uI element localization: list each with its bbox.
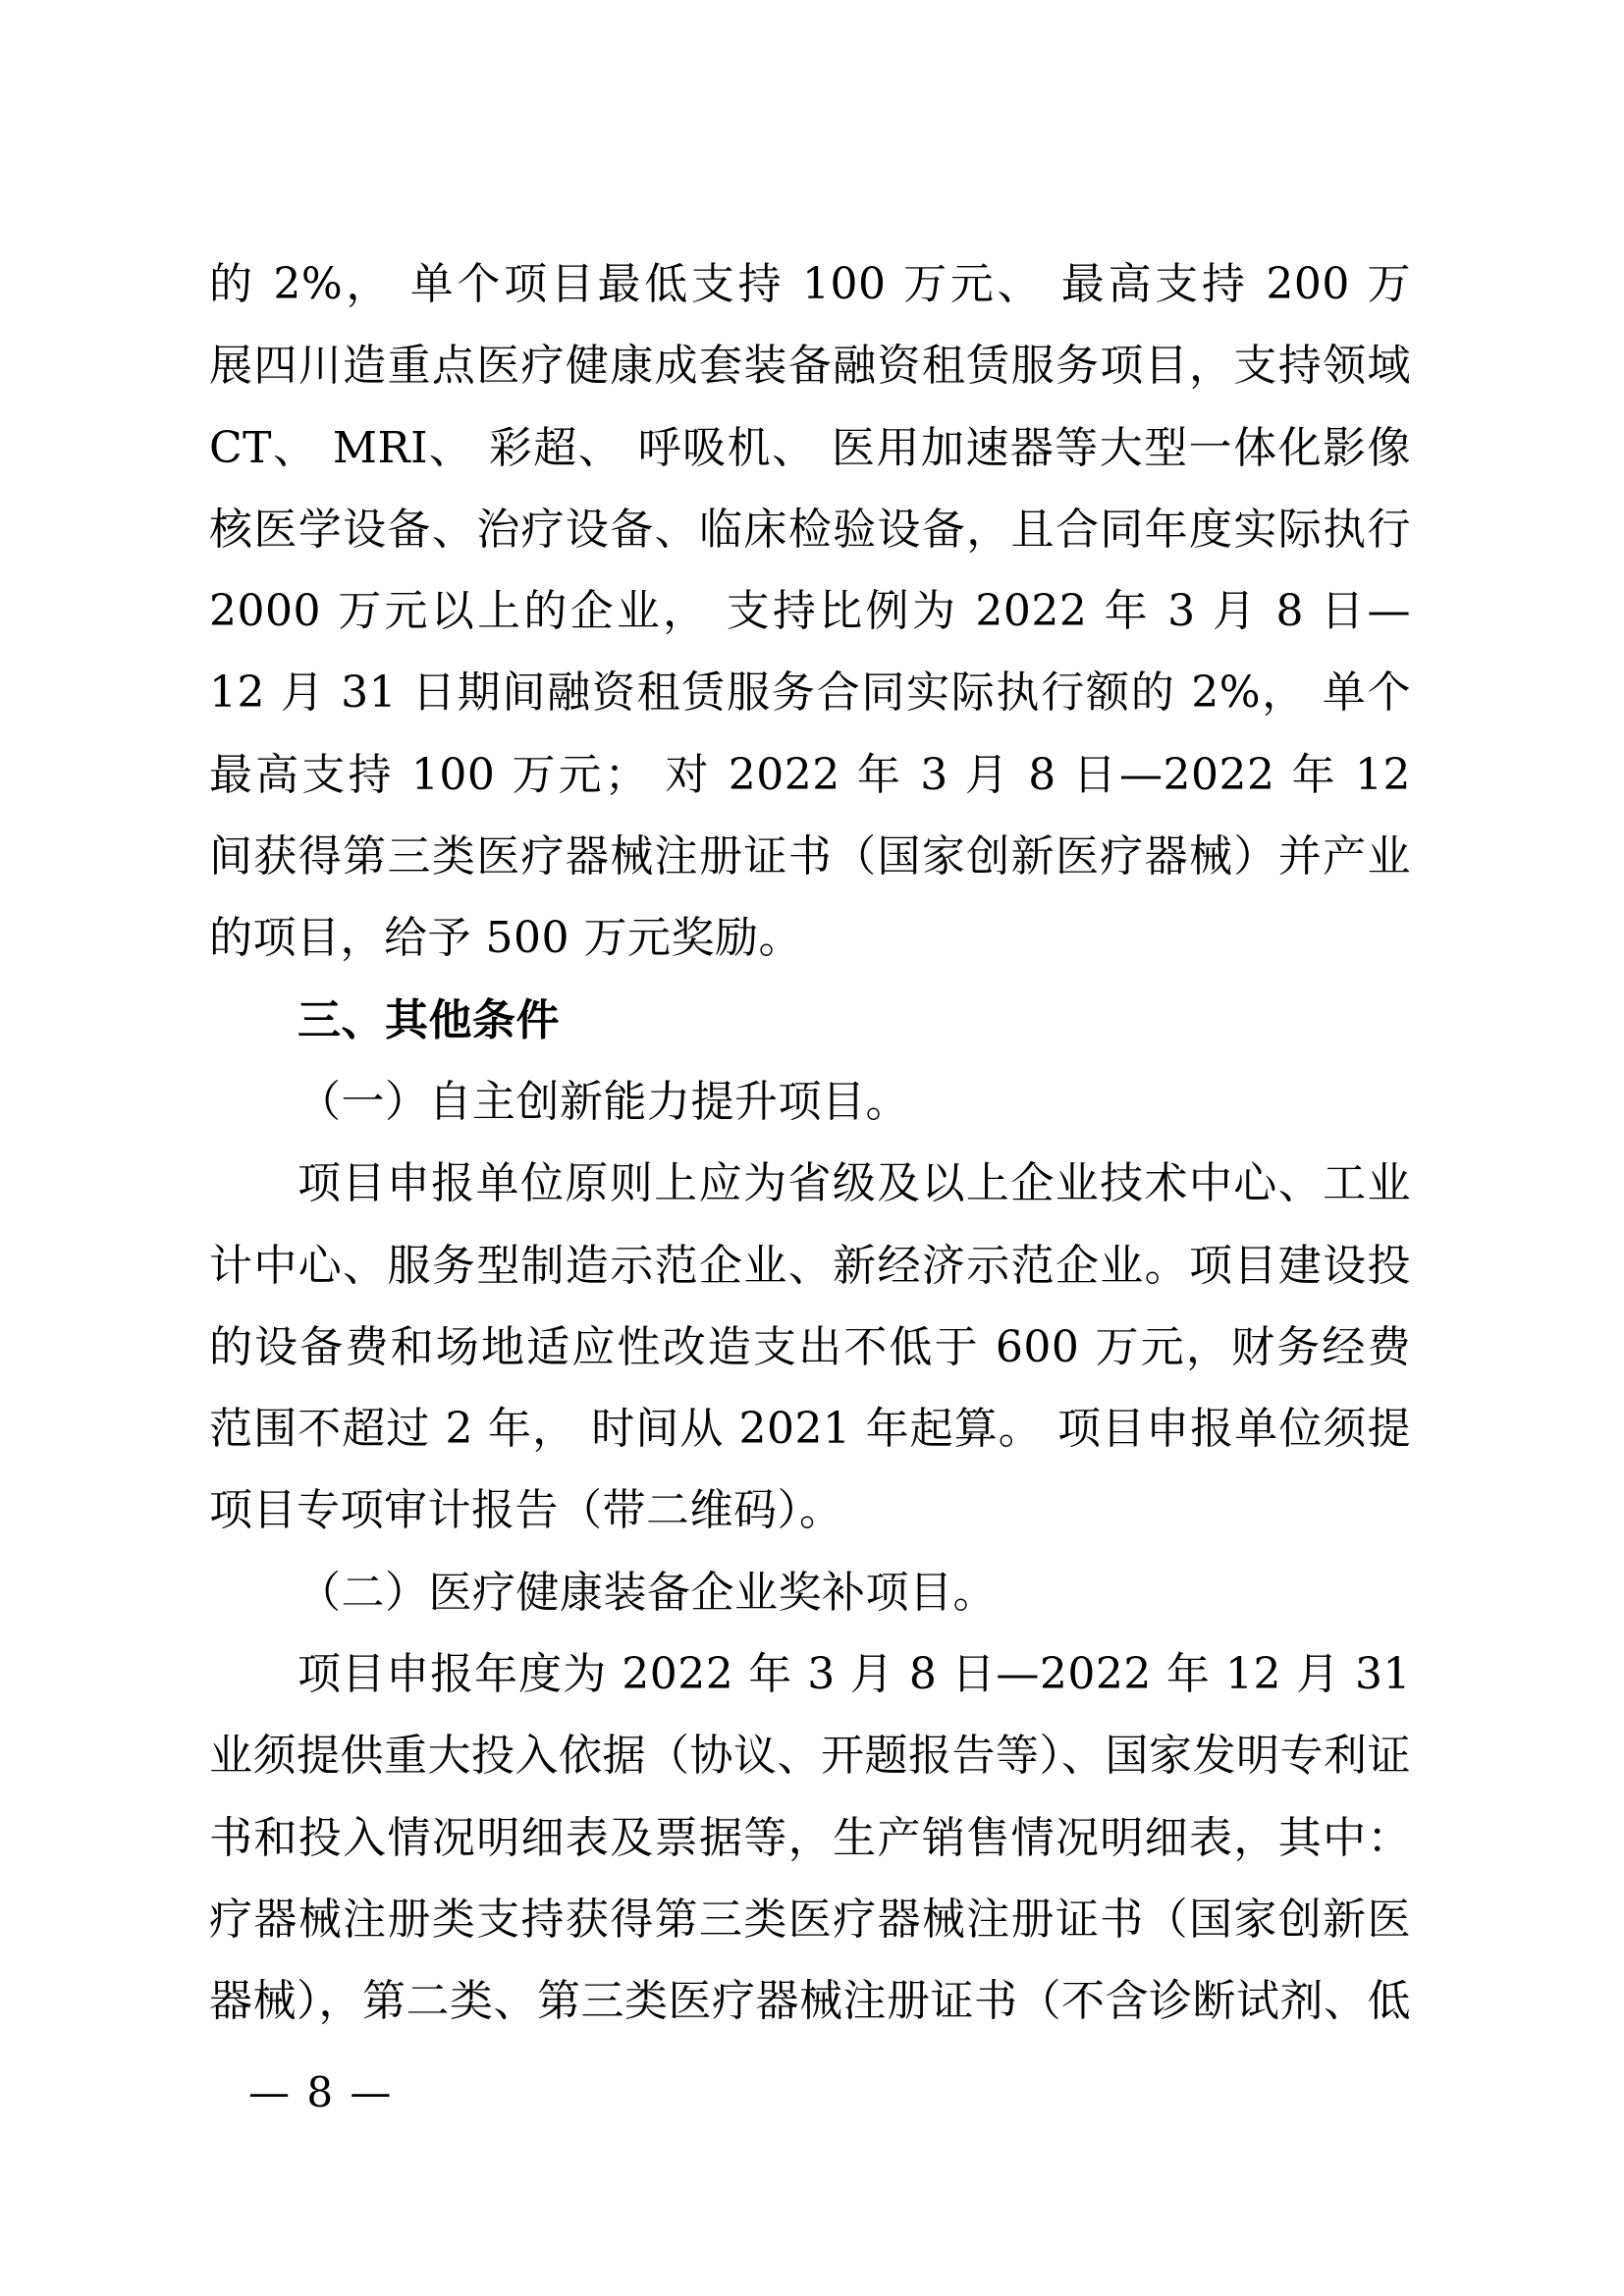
section-heading: 三、其他条件 xyxy=(209,980,1411,1061)
body-line: 项目申报年度为 2022 年 3 月 8 日—2022 年 12 月 31 日，… xyxy=(209,1633,1411,1715)
body-line: 书和投入情况明细表及票据等，生产销售情况明细表，其中：医 xyxy=(209,1797,1411,1879)
document-page: 的 2%， 单个项目最低支持 100 万元、 最高支持 200 万元； 对开 展… xyxy=(0,0,1624,2296)
text-block: 的 2%， 单个项目最低支持 100 万元、 最高支持 200 万元； 对开 展… xyxy=(209,243,1411,2043)
body-line: 项目专项审计报告（带二维码）。 xyxy=(209,1469,1411,1551)
body-line: 展四川造重点医疗健康成套装备融资租赁服务项目，支持领域为 xyxy=(209,325,1411,406)
body-line: 的项目，给予 500 万元奖励。 xyxy=(209,897,1411,979)
body-line: 项目申报单位原则上应为省级及以上企业技术中心、工业设 xyxy=(209,1143,1411,1224)
body-line: 的设备费和场地适应性改造支出不低于 600 万元，财务经费归集 xyxy=(209,1307,1411,1388)
body-line: 疗器械注册类支持获得第三类医疗器械注册证书（国家创新医疗 xyxy=(209,1879,1411,1960)
body-line: 间获得第三类医疗器械注册证书（国家创新医疗器械）并产业化 xyxy=(209,816,1411,897)
body-line: 计中心、服务型制造示范企业、新经济示范企业。项目建设投入 xyxy=(209,1225,1411,1307)
body-line: 的 2%， 单个项目最低支持 100 万元、 最高支持 200 万元； 对开 xyxy=(209,243,1411,325)
body-line: 核医学设备、治疗设备、临床检验设备，且合同年度实际执行额 xyxy=(209,489,1411,570)
subsection-heading: （二）医疗健康装备企业奖补项目。 xyxy=(209,1552,1411,1633)
body-line: 12 月 31 日期间融资租赁服务合同实际执行额的 2%， 单个项目 xyxy=(209,652,1411,733)
body-line: 最高支持 100 万元； 对 2022 年 3 月 8 日—2022 年 12 … xyxy=(209,734,1411,816)
subsection-heading: （一）自主创新能力提升项目。 xyxy=(209,1061,1411,1143)
body-line: 2000 万元以上的企业， 支持比例为 2022 年 3 月 8 日—2022 … xyxy=(209,570,1411,652)
body-line: 范围不超过 2 年， 时间从 2021 年起算。 项目申报单位须提供该 xyxy=(209,1388,1411,1469)
body-line: 器械），第二类、第三类医疗器械注册证书（不含诊断试剂、低 xyxy=(209,1960,1411,2042)
page-number: — 8 — xyxy=(248,2067,393,2118)
body-line: 业须提供重大投入依据（协议、开题报告等）、国家发明专利证 xyxy=(209,1715,1411,1796)
body-line: CT、 MRI、 彩超、 呼吸机、 医用加速器等大型一体化影像设备、 xyxy=(209,407,1411,489)
